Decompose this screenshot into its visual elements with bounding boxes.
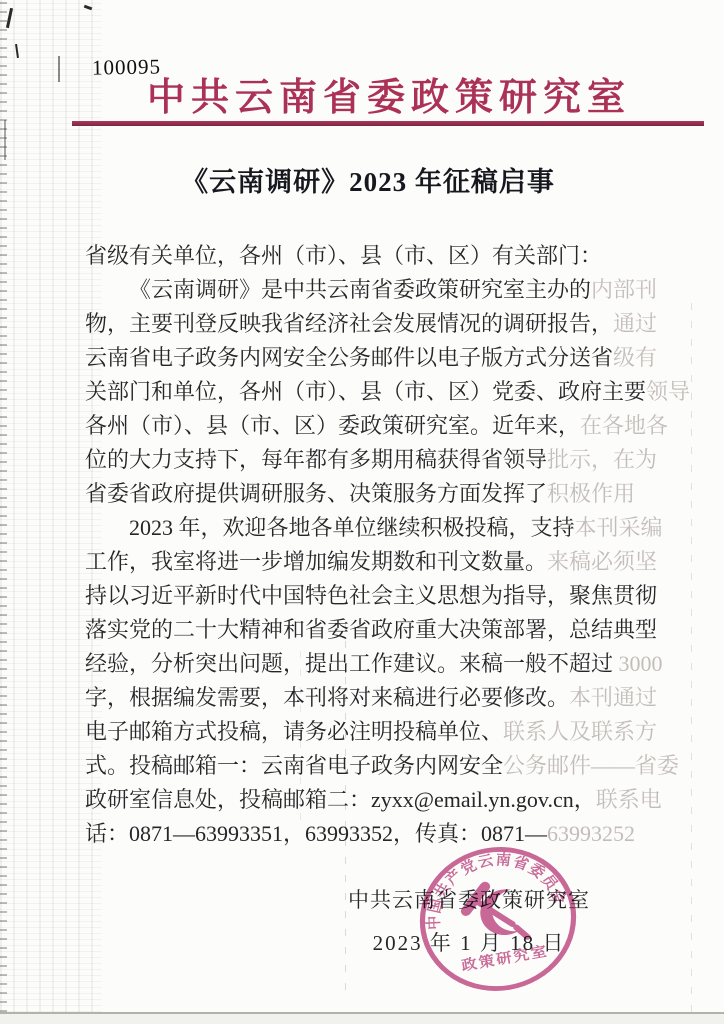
body-line-text: 云南省电子政务内网安全公务邮件以电子版方式分送省 xyxy=(85,345,613,370)
body-line-text: 电子邮箱方式投稿，请务必注明投稿单位、 xyxy=(85,719,503,744)
body-line-text: 落实党的二十大精神和省委省政府重大决策部署，总结典型 xyxy=(85,617,657,642)
body-line-text: 各州（市）、县（市、区）委政策研究室。近年来， xyxy=(85,413,580,438)
body-line: 各州（市）、县（市、区）委政策研究室。近年来，在各地各 xyxy=(85,409,685,443)
signature-date: 2023 年 1 月 18 日 xyxy=(348,927,590,957)
body-line: 关部门和单位，各州（市）、县（市、区）党委、政府主要领导 xyxy=(85,375,685,409)
body-line-text: 关部门和单位，各州（市）、县（市、区）党委、政府主要 xyxy=(85,379,646,404)
body-line-faded-text: 积极作用 xyxy=(547,481,635,506)
body-line: 《云南调研》是中共云南省委政策研究室主办的内部刊 xyxy=(85,273,685,307)
body-line-text: 话：0871—63993351，63993352，传真：0871— xyxy=(85,821,547,846)
salutation-text: 省级有关单位，各州（市）、县（市、区）有关部门： xyxy=(85,243,602,268)
body-line-faded-text: 63993252 xyxy=(547,821,635,846)
body-line-faded-text: 来稿必须坚 xyxy=(547,549,657,574)
body-line-text: 省委省政府提供调研服务、决策服务方面发挥了 xyxy=(85,481,547,506)
body-line: 话：0871—63993351，63993352，传真：0871—6399325… xyxy=(85,817,685,851)
body-line: 物，主要刊登反映我省经济社会发展情况的调研报告，通过 xyxy=(85,307,685,341)
body-line-faded-text: 本刊通过 xyxy=(569,685,657,710)
body-line-faded-text: 内部刊 xyxy=(591,277,657,302)
body-line: 云南省电子政务内网安全公务邮件以电子版方式分送省级有 xyxy=(85,341,685,375)
body-line: 位的大力支持下，每年都有多期用稿获得省领导批示，在为 xyxy=(85,443,685,477)
body-line-faded-text: 本刊采编 xyxy=(575,515,663,540)
scan-mark xyxy=(6,8,13,28)
body-line-text: 式。投稿邮箱一：云南省电子政务内网安全 xyxy=(85,753,503,778)
issuing-org-masthead: 中共云南省委政策研究室 xyxy=(72,66,706,121)
body-line-text: 经验，分析突出问题，提出工作建议。来稿一般不超过 xyxy=(85,651,613,676)
body-line: 式。投稿邮箱一：云南省电子政务内网安全公务邮件——省委 xyxy=(85,749,685,783)
scan-bottom-margin xyxy=(0,1014,724,1024)
body-line-text: 物，主要刊登反映我省经济社会发展情况的调研报告， xyxy=(85,311,613,336)
scan-mark xyxy=(84,5,93,11)
body-line-text: 工作，我室将进一步增加编发期数和刊文数量。 xyxy=(85,549,547,574)
body-line-text: 《云南调研》是中共云南省委政策研究室主办的 xyxy=(129,277,591,302)
masthead-rule xyxy=(72,121,704,126)
body-line: 经验，分析突出问题，提出工作建议。来稿一般不超过 3000 xyxy=(85,647,685,681)
scan-mark xyxy=(15,44,19,58)
body-line-faded-text: 通过 xyxy=(613,311,657,336)
body-line-text: 字，根据编发需要，本刊将对来稿进行必要修改。 xyxy=(85,685,569,710)
body-line-text: 2023 年，欢迎各地各单位继续积极投稿，支持 xyxy=(129,515,575,540)
body-line-faded-text: 3000 xyxy=(613,651,663,676)
body-line: 持以习近平新时代中国特色社会主义思想为指导，聚焦贯彻 xyxy=(85,579,685,613)
signature-org: 中共云南省委政策研究室 xyxy=(348,884,590,914)
scan-mark xyxy=(4,120,6,160)
body-line-faded-text: 批示，在为 xyxy=(547,447,657,472)
body-line: 2023 年，欢迎各地各单位继续积极投稿，支持本刊采编 xyxy=(85,511,685,545)
body-line-faded-text: 领导 xyxy=(646,379,690,404)
body-line: 工作，我室将进一步增加编发期数和刊文数量。来稿必须坚 xyxy=(85,545,685,579)
body-line-faded-text: 级有 xyxy=(613,345,657,370)
document-title: 《云南调研》2023 年征稿启事 xyxy=(85,160,651,199)
body-line: 字，根据编发需要，本刊将对来稿进行必要修改。本刊通过 xyxy=(85,681,685,715)
signature-block: 中共云南省委政策研究室 2023 年 1 月 18 日 xyxy=(348,884,590,957)
body-line-text: 政研室信息处，投稿邮箱二：zyxx@email.yn.gov.cn， xyxy=(85,787,596,812)
body-line-faded-text: 联系电 xyxy=(596,787,662,812)
body-line-faded-text: 在各地各 xyxy=(580,413,668,438)
body-line: 电子邮箱方式投稿，请务必注明投稿单位、联系人及联系方 xyxy=(85,715,685,749)
document-body: 省级有关单位，各州（市）、县（市、区）有关部门： 《云南调研》是中共云南省委政策… xyxy=(85,239,685,851)
body-line: 省委省政府提供调研服务、决策服务方面发挥了积极作用 xyxy=(85,477,685,511)
body-line-faded-text: 公务邮件——省委 xyxy=(503,753,679,778)
scan-mark xyxy=(58,56,60,82)
body-line-faded-text: 联系人及联系方 xyxy=(503,719,657,744)
scanned-document-page: 100095 中共云南省委政策研究室 《云南调研》2023 年征稿启事 省级有关… xyxy=(0,0,724,1024)
left-edge-strip xyxy=(0,0,7,1012)
document-number: 100095 xyxy=(92,54,161,80)
body-line: 政研室信息处，投稿邮箱二：zyxx@email.yn.gov.cn，联系电 xyxy=(85,783,685,817)
scan-fold-line xyxy=(691,300,692,1012)
salutation-line: 省级有关单位，各州（市）、县（市、区）有关部门： xyxy=(85,239,685,273)
body-line-text: 持以习近平新时代中国特色社会主义思想为指导，聚焦贯彻 xyxy=(85,583,657,608)
body-line: 落实党的二十大精神和省委省政府重大决策部署，总结典型 xyxy=(85,613,685,647)
body-line-text: 位的大力支持下，每年都有多期用稿获得省领导 xyxy=(85,447,547,472)
